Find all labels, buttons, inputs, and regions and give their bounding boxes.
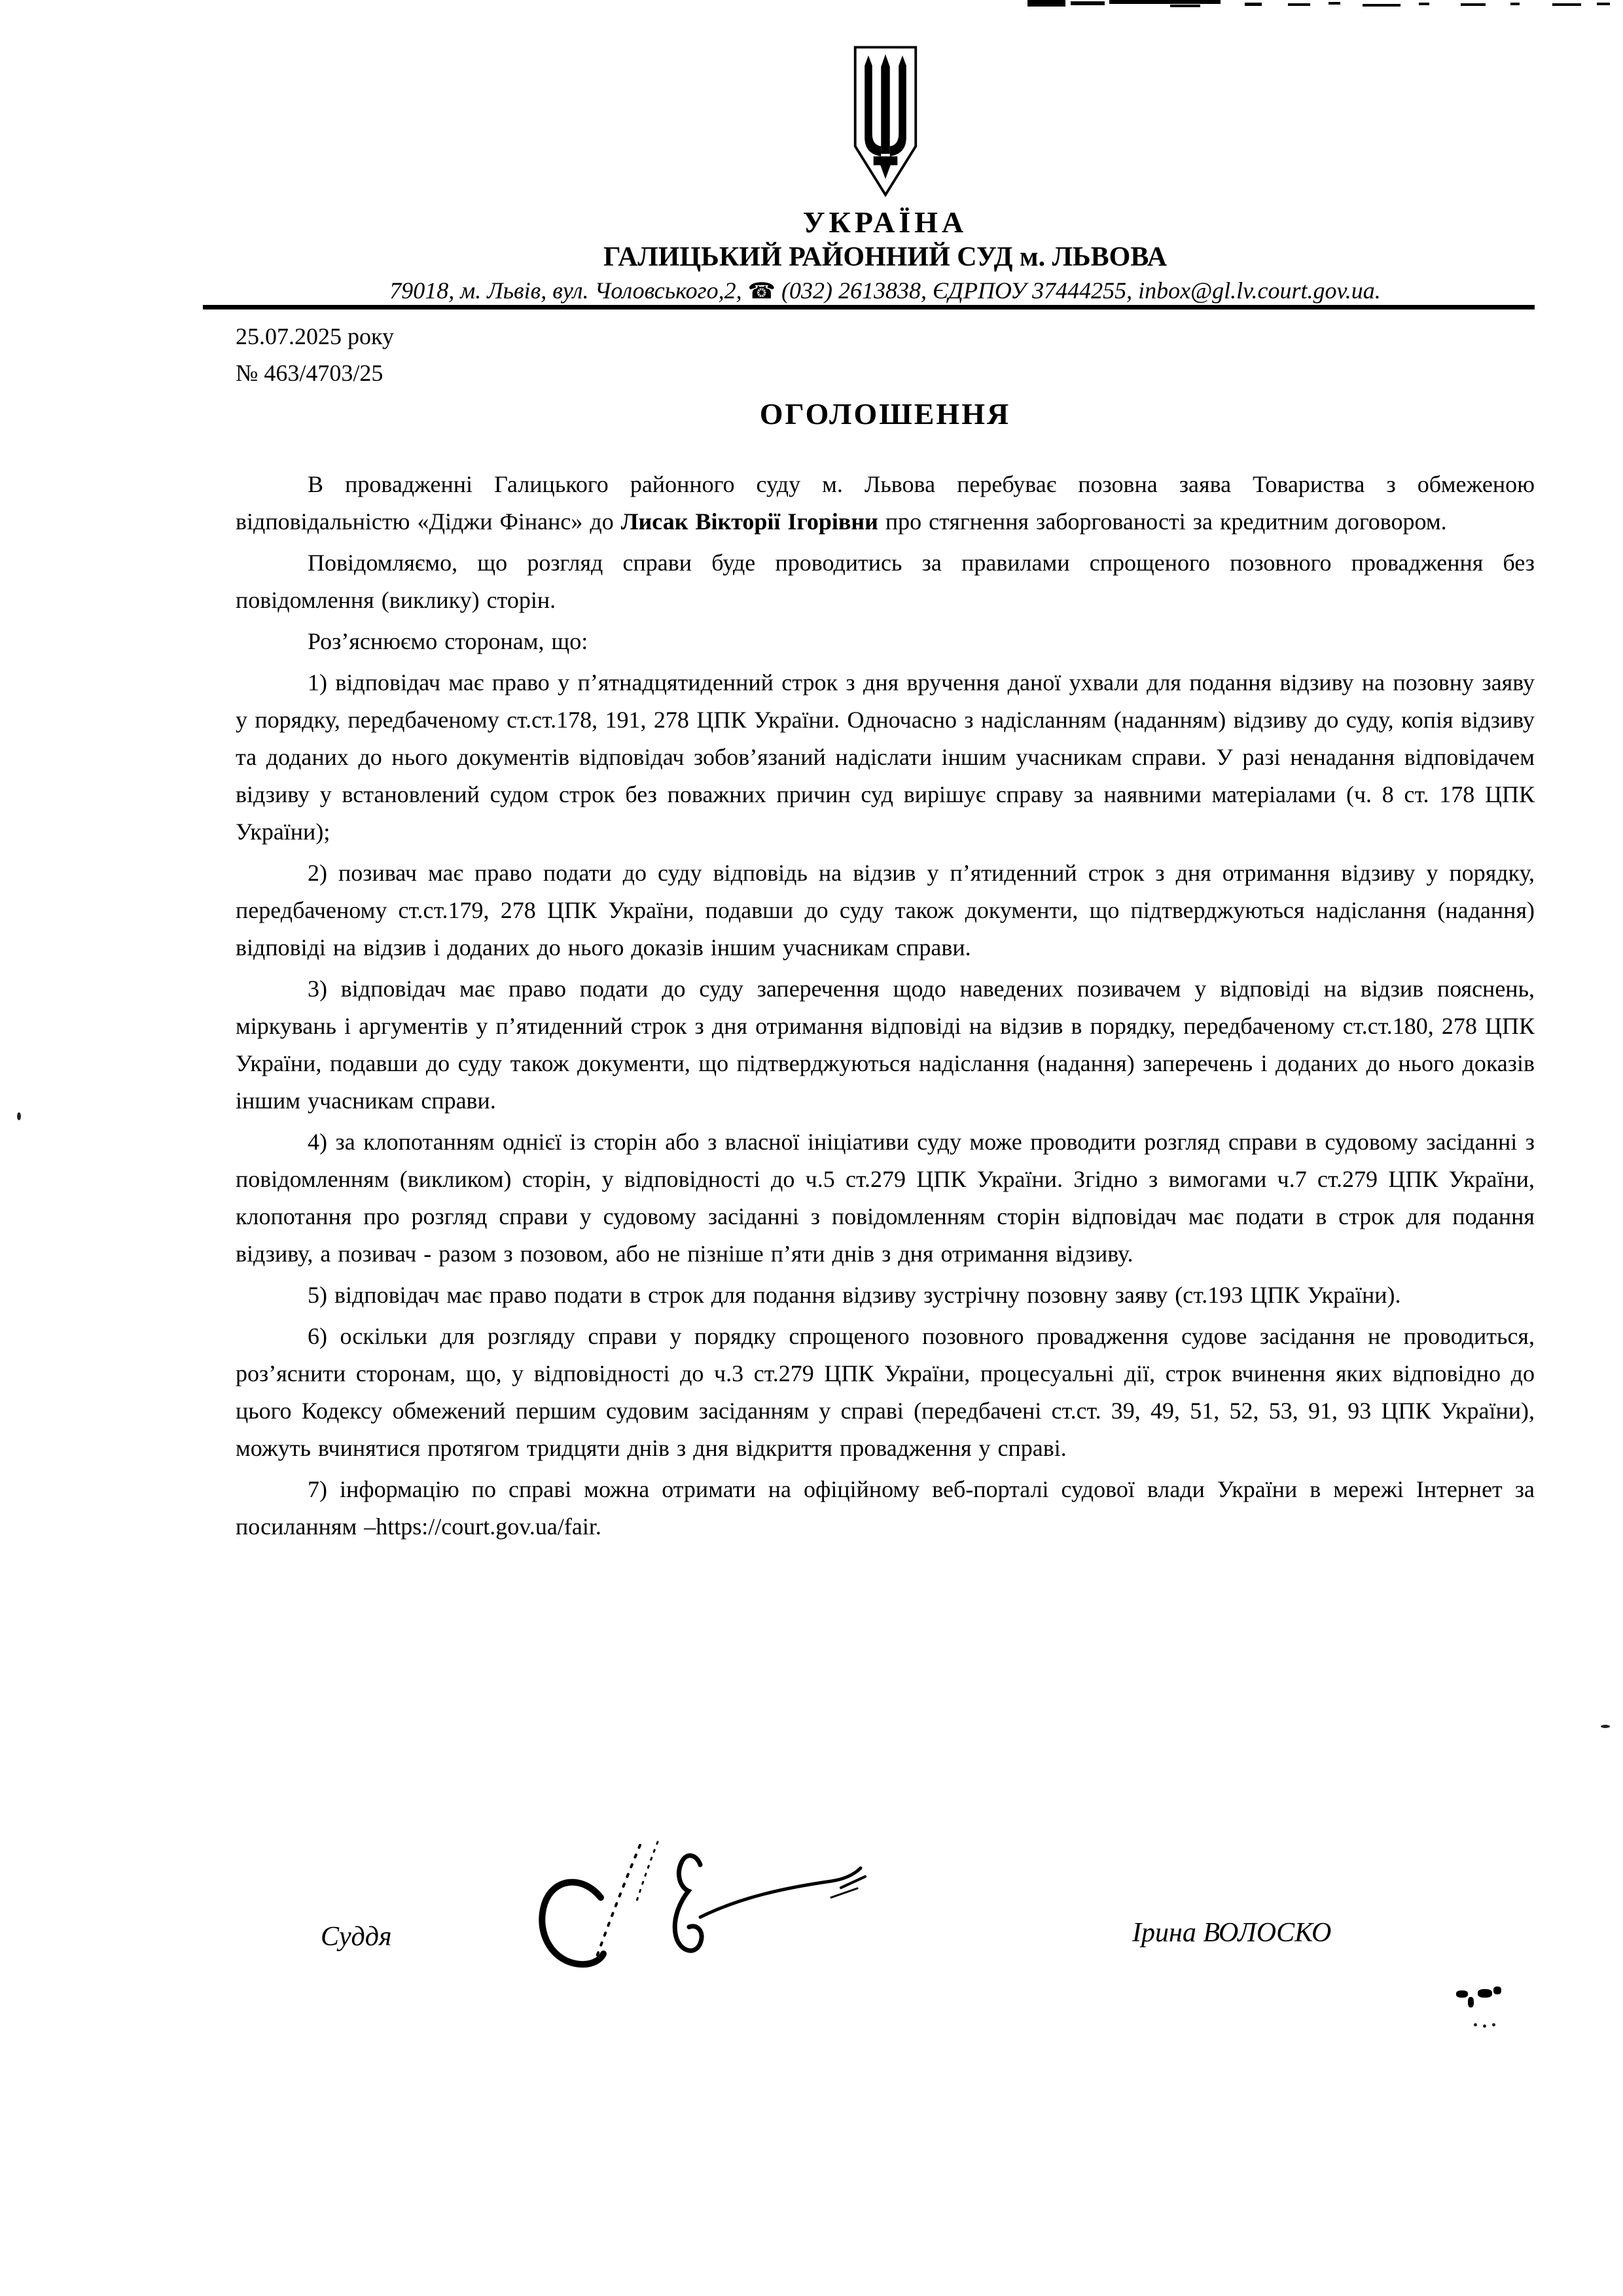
- document-date: 25.07.2025 року: [236, 318, 394, 355]
- paragraph-notice: Повідомляємо, що розгляд справи буде про…: [236, 544, 1535, 619]
- paragraph-point-7: 7) інформацію по справі можна отримати н…: [236, 1471, 1535, 1545]
- scanned-court-document-page: УКРАЇНА ГАЛИЦЬКИЙ РАЙОННИЙ СУД м. ЛЬВОВА…: [0, 0, 1623, 2296]
- paragraph-explain: Роз’яснюємо сторонам, що:: [236, 623, 1535, 660]
- court-address: 79018, м. Львів, вул. Чоловського,2, ☎ (…: [236, 276, 1535, 306]
- court-name: ГАЛИЦЬКИЙ РАЙОННИЙ СУД м. ЛЬВОВА: [236, 241, 1535, 274]
- judge-name: Ірина ВОЛОСКО: [1132, 1917, 1331, 1949]
- document-header: УКРАЇНА ГАЛИЦЬКИЙ РАЙОННИЙ СУД м. ЛЬВОВА…: [236, 43, 1535, 306]
- document-meta: 25.07.2025 року № 463/4703/25: [236, 318, 394, 391]
- paragraph-point-5: 5) відповідач має право подати в строк д…: [236, 1277, 1535, 1314]
- paragraph-point-3: 3) відповідач має право подати до суду з…: [236, 970, 1535, 1120]
- phone-icon: ☎: [748, 279, 776, 304]
- judge-signature: [504, 1826, 870, 1989]
- paragraph-point-6: 6) оскільки для розгляду справи у порядк…: [236, 1318, 1535, 1467]
- defendant-name: Лисак Вікторії Ігорівни: [621, 508, 878, 535]
- country-name: УКРАЇНА: [236, 205, 1535, 239]
- intro-text-post: про стягнення заборгованості за кредитни…: [878, 508, 1447, 535]
- document-body: В провадженні Галицького районного суду …: [236, 466, 1535, 1549]
- paragraph-intro: В провадженні Галицького районного суду …: [236, 466, 1535, 540]
- paragraph-point-2: 2) позивач має право подати до суду відп…: [236, 855, 1535, 966]
- header-divider-rule: [203, 305, 1535, 309]
- court-address-suffix: (032) 2613838, ЄДРПОУ 37444255, inbox@gl…: [776, 277, 1381, 304]
- paragraph-point-1: 1) відповідач має право у п’ятнадцятиден…: [236, 664, 1535, 851]
- paragraph-point-4: 4) за клопотанням однієї із сторін або з…: [236, 1123, 1535, 1273]
- document-title: ОГОЛОШЕННЯ: [236, 397, 1535, 431]
- court-address-prefix: 79018, м. Львів, вул. Чоловського,2,: [389, 277, 747, 304]
- ukraine-trident-emblem-icon: [851, 43, 920, 199]
- document-number: № 463/4703/25: [236, 355, 394, 391]
- signature-label: Суддя: [321, 1921, 392, 1952]
